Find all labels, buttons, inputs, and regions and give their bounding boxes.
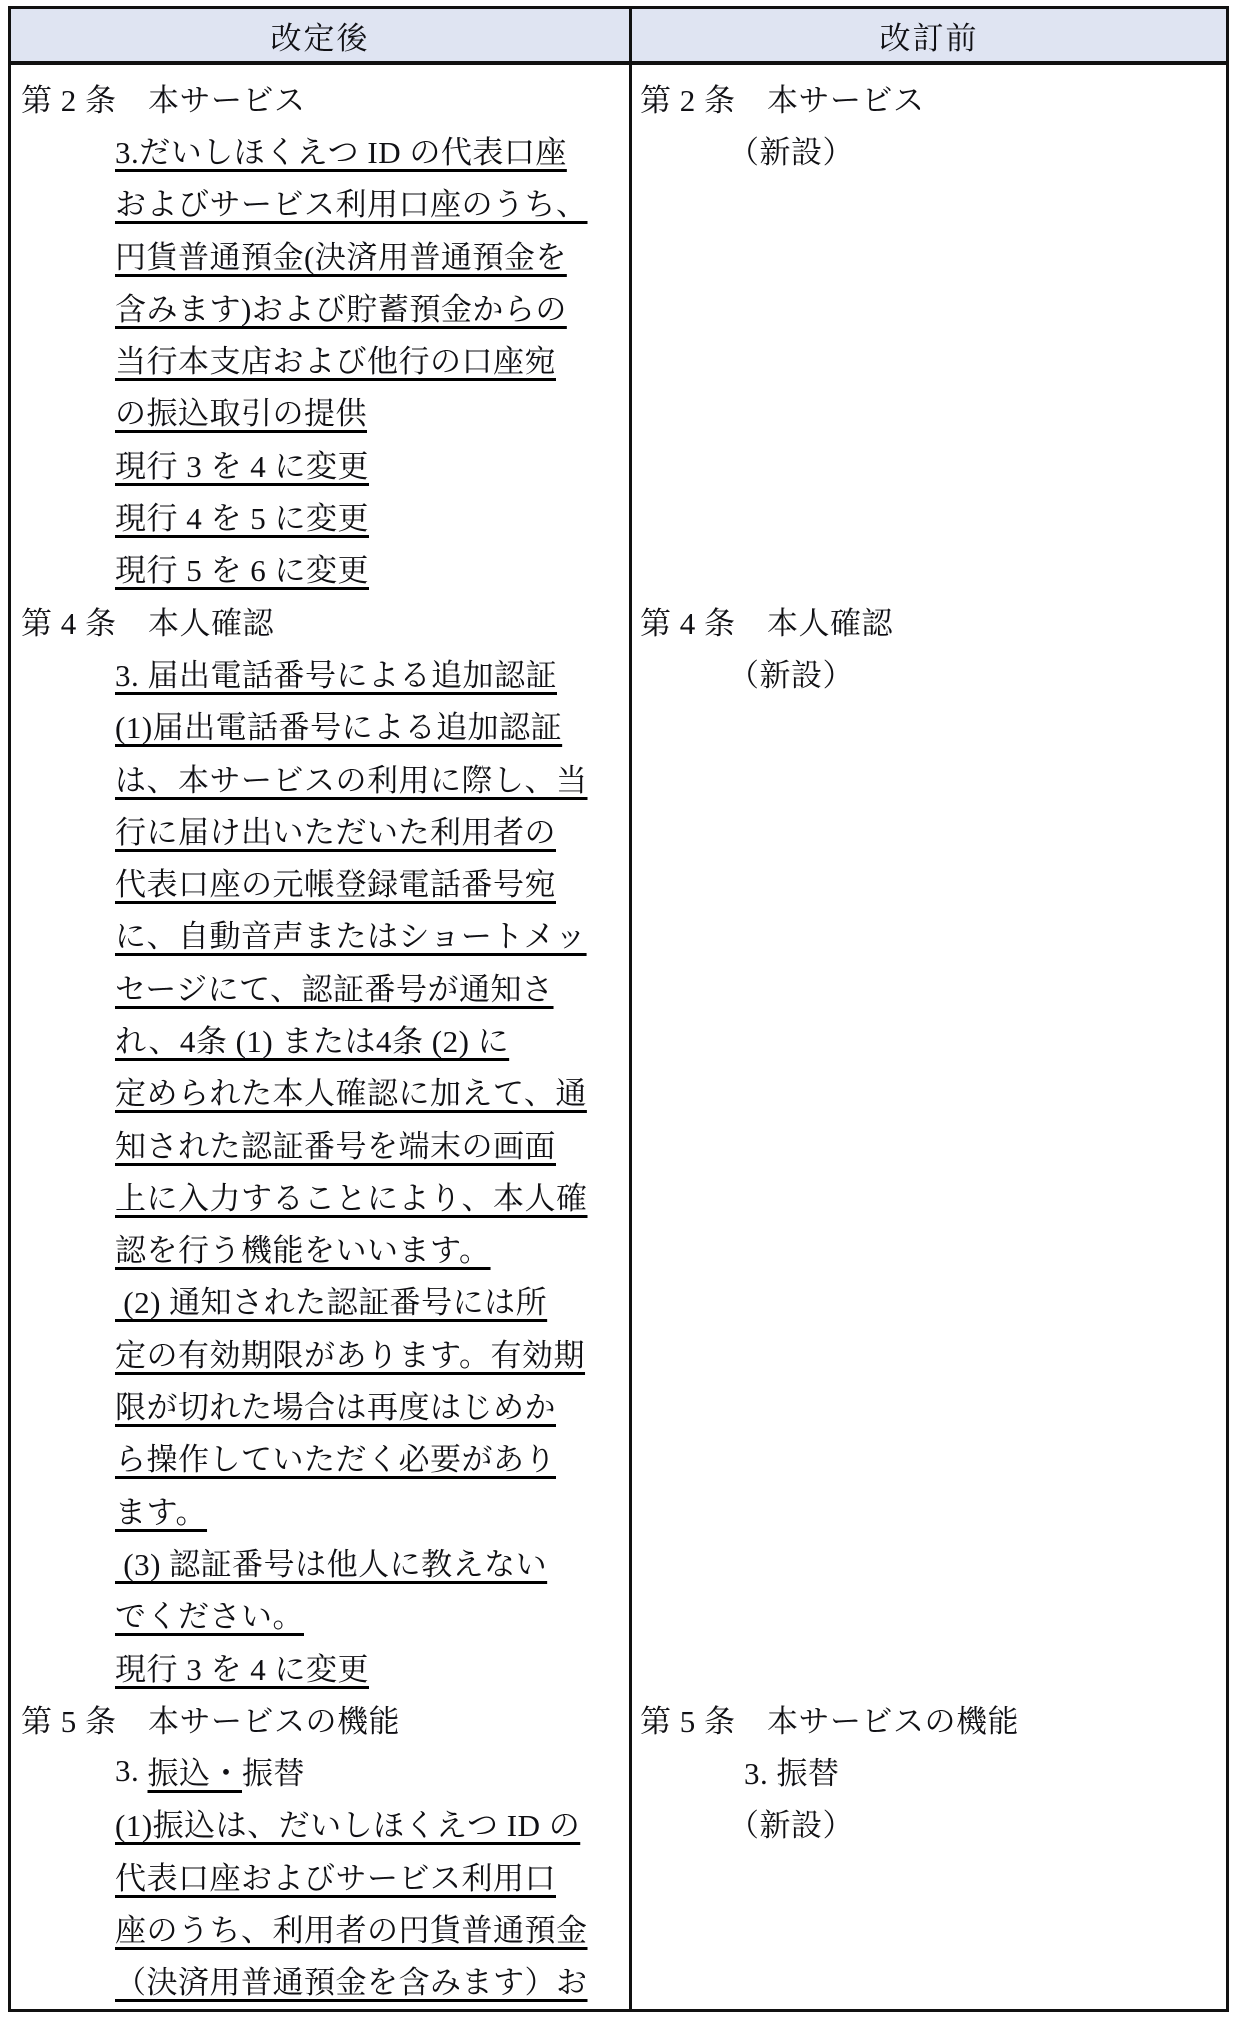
underlined-text-segment: 現行 3 を 4 に変更 bbox=[115, 441, 369, 486]
text-line: 行に届け出いただいた利用者の bbox=[11, 803, 629, 855]
underlined-text-segment: に、自動音声またはショートメッ bbox=[115, 911, 587, 956]
text-line: 上に入力することにより、本人確 bbox=[11, 1169, 629, 1221]
underlined-text-segment: 現行 5 を 6 に変更 bbox=[115, 545, 369, 590]
text-line bbox=[632, 1588, 1226, 1640]
table-body: 第 2 条 本サービス3.だいしほくえつ ID の代表口座およびサービス利用口座… bbox=[11, 65, 1226, 2009]
text-line bbox=[632, 280, 1226, 332]
text-line: 定の有効期限があります。有効期 bbox=[11, 1326, 629, 1378]
text-line: 現行 5 を 6 に変更 bbox=[11, 542, 629, 594]
text-line bbox=[632, 1849, 1226, 1901]
text-line: 第 5 条 本サービスの機能 bbox=[11, 1692, 629, 1744]
text-segment: 第 4 条 本人確認 bbox=[21, 598, 274, 643]
underlined-text-segment: でください。 bbox=[115, 1591, 304, 1636]
text-line bbox=[632, 1169, 1226, 1221]
text-line bbox=[632, 332, 1226, 384]
text-line: 現行 3 を 4 に変更 bbox=[11, 1640, 629, 1692]
text-line: 代表口座の元帳登録電話番号宛 bbox=[11, 855, 629, 907]
text-line bbox=[632, 1222, 1226, 1274]
text-line: 3.だいしほくえつ ID の代表口座 bbox=[11, 123, 629, 175]
underlined-text-segment: 上に入力することにより、本人確 bbox=[115, 1173, 588, 1218]
underlined-text-segment: (1)振込は、だいしほくえつ ID の bbox=[115, 1800, 580, 1845]
text-line: （新設） bbox=[632, 646, 1226, 698]
text-line bbox=[632, 803, 1226, 855]
text-line: (1)振込は、だいしほくえつ ID の bbox=[11, 1797, 629, 1849]
document-page: 改定後 改訂前 第 2 条 本サービス3.だいしほくえつ ID の代表口座および… bbox=[0, 0, 1237, 2020]
text-line bbox=[632, 908, 1226, 960]
underlined-text-segment: 現行 4 を 5 に変更 bbox=[115, 493, 369, 538]
underlined-text-segment: (1)届出電話番号による追加認証 bbox=[115, 702, 562, 747]
text-line: 3. 届出電話番号による追加認証 bbox=[11, 646, 629, 698]
text-line: 現行 4 を 5 に変更 bbox=[11, 489, 629, 541]
text-line: 第 2 条 本サービス bbox=[632, 71, 1226, 123]
text-line: でください。 bbox=[11, 1588, 629, 1640]
text-line bbox=[632, 699, 1226, 751]
underlined-text-segment: 行に届け出いただいた利用者の bbox=[115, 807, 556, 852]
text-line: に、自動音声またはショートメッ bbox=[11, 908, 629, 960]
text-segment: （新設） bbox=[728, 127, 854, 172]
text-line: ら操作していただく必要があり bbox=[11, 1431, 629, 1483]
underlined-text-segment: 認を行う機能をいいます。 bbox=[115, 1225, 491, 1270]
underlined-text-segment: 代表口座の元帳登録電話番号宛 bbox=[115, 859, 556, 904]
text-segment: 3. 振替 bbox=[744, 1748, 840, 1793]
underlined-text-segment: 現行 3 を 4 に変更 bbox=[115, 1644, 369, 1689]
text-segment: 第 4 条 本人確認 bbox=[640, 598, 893, 643]
underlined-text-segment: ら操作していただく必要があり bbox=[115, 1434, 556, 1479]
text-line: 認を行う機能をいいます。 bbox=[11, 1222, 629, 1274]
underlined-text-segment: 3.だいしほくえつ ID の代表口座 bbox=[115, 127, 567, 172]
column-header-after-revision: 改定後 bbox=[11, 9, 632, 61]
underlined-text-segment: は、本サービスの利用に際し、当 bbox=[115, 755, 588, 800]
text-line: 座のうち、利用者の円貨普通預金 bbox=[11, 1901, 629, 1953]
underlined-text-segment: 定の有効期限があります。有効期 bbox=[115, 1330, 585, 1375]
text-segment: 第 5 条 本サービスの機能 bbox=[21, 1696, 400, 1741]
text-line: (3) 認証番号は他人に教えない bbox=[11, 1535, 629, 1587]
text-line bbox=[632, 385, 1226, 437]
text-segment: 振替 bbox=[242, 1748, 305, 1793]
text-segment: 3. bbox=[115, 1753, 148, 1789]
text-line bbox=[632, 1274, 1226, 1326]
text-line bbox=[632, 855, 1226, 907]
text-line: 第 4 条 本人確認 bbox=[11, 594, 629, 646]
text-line: 現行 3 を 4 に変更 bbox=[11, 437, 629, 489]
underlined-text-segment: 3. 届出電話番号による追加認証 bbox=[115, 650, 557, 695]
text-line bbox=[632, 489, 1226, 541]
text-line: 含みます)および貯蓄預金からの bbox=[11, 280, 629, 332]
text-line bbox=[632, 176, 1226, 228]
underlined-text-segment: の振込取引の提供 bbox=[115, 388, 367, 433]
text-line: 第 4 条 本人確認 bbox=[632, 594, 1226, 646]
revision-comparison-table: 改定後 改訂前 第 2 条 本サービス3.だいしほくえつ ID の代表口座および… bbox=[8, 6, 1229, 2012]
underlined-text-segment: 代表口座およびサービス利用口 bbox=[115, 1853, 556, 1898]
text-line bbox=[632, 1483, 1226, 1535]
text-line: 第 2 条 本サービス bbox=[11, 71, 629, 123]
text-line bbox=[632, 1431, 1226, 1483]
text-line bbox=[632, 1117, 1226, 1169]
underlined-text-segment: (2) 通知された認証番号には所 bbox=[115, 1277, 547, 1322]
text-line: (2) 通知された認証番号には所 bbox=[11, 1274, 629, 1326]
text-line: (1)届出電話番号による追加認証 bbox=[11, 699, 629, 751]
text-segment: （新設） bbox=[728, 650, 854, 695]
underlined-text-segment: 含みます)および貯蓄預金からの bbox=[115, 284, 567, 329]
text-line: ます。 bbox=[11, 1483, 629, 1535]
text-line bbox=[632, 437, 1226, 489]
underlined-text-segment: (3) 認証番号は他人に教えない bbox=[115, 1539, 547, 1584]
after-revision-column: 第 2 条 本サービス3.だいしほくえつ ID の代表口座およびサービス利用口座… bbox=[11, 65, 632, 2009]
text-line: 円貨普通預金(決済用普通預金を bbox=[11, 228, 629, 280]
text-line: およびサービス利用口座のうち、 bbox=[11, 176, 629, 228]
text-line bbox=[632, 542, 1226, 594]
before-revision-column: 第 2 条 本サービス（新設）第 4 条 本人確認（新設）第 5 条 本サービス… bbox=[632, 65, 1226, 2009]
underlined-text-segment: 円貨普通預金(決済用普通預金を bbox=[115, 232, 567, 277]
underlined-text-segment: 定められた本人確認に加えて、通 bbox=[115, 1068, 587, 1113]
text-line: の振込取引の提供 bbox=[11, 385, 629, 437]
text-line: 3. 振替 bbox=[632, 1745, 1226, 1797]
underlined-text-segment: 振込・ bbox=[148, 1748, 243, 1793]
text-line: 第 5 条 本サービスの機能 bbox=[632, 1692, 1226, 1744]
underlined-text-segment: （決済用普通預金を含みます）お bbox=[115, 1957, 588, 2002]
text-line bbox=[632, 1065, 1226, 1117]
text-line: 知された認証番号を端末の画面 bbox=[11, 1117, 629, 1169]
text-segment: 第 2 条 本サービス bbox=[640, 75, 925, 120]
text-line bbox=[632, 1326, 1226, 1378]
underlined-text-segment: 限が切れた場合は再度はじめか bbox=[115, 1382, 556, 1427]
text-line: れ、4条 (1) または4条 (2) に bbox=[11, 1012, 629, 1064]
text-line: 当行本支店および他行の口座宛 bbox=[11, 332, 629, 384]
text-line: （決済用普通預金を含みます）お bbox=[11, 1954, 629, 2006]
text-segment: （新設） bbox=[728, 1800, 854, 1845]
text-line bbox=[632, 751, 1226, 803]
underlined-text-segment: ます。 bbox=[115, 1487, 207, 1532]
text-line bbox=[632, 1901, 1226, 1953]
text-segment: 第 2 条 本サービス bbox=[21, 75, 306, 120]
text-line bbox=[632, 1535, 1226, 1587]
table-header-row: 改定後 改訂前 bbox=[11, 9, 1226, 65]
text-line: 代表口座およびサービス利用口 bbox=[11, 1849, 629, 1901]
text-line: 定められた本人確認に加えて、通 bbox=[11, 1065, 629, 1117]
text-line bbox=[632, 1378, 1226, 1430]
text-line: （新設） bbox=[632, 1797, 1226, 1849]
text-line bbox=[632, 1640, 1226, 1692]
text-line bbox=[632, 960, 1226, 1012]
underlined-text-segment: れ、4条 (1) または4条 (2) に bbox=[115, 1016, 509, 1061]
underlined-text-segment: 当行本支店および他行の口座宛 bbox=[115, 336, 556, 381]
underlined-text-segment: 座のうち、利用者の円貨普通預金 bbox=[115, 1905, 588, 1950]
underlined-text-segment: およびサービス利用口座のうち、 bbox=[115, 179, 588, 224]
text-segment: 第 5 条 本サービスの機能 bbox=[640, 1696, 1019, 1741]
text-line: セージにて、認証番号が通知さ bbox=[11, 960, 629, 1012]
underlined-text-segment: セージにて、認証番号が通知さ bbox=[115, 964, 554, 1009]
text-line bbox=[632, 1012, 1226, 1064]
text-line: は、本サービスの利用に際し、当 bbox=[11, 751, 629, 803]
text-line bbox=[632, 1954, 1226, 2006]
text-line: （新設） bbox=[632, 123, 1226, 175]
underlined-text-segment: 知された認証番号を端末の画面 bbox=[115, 1121, 556, 1166]
text-line bbox=[632, 228, 1226, 280]
column-header-before-revision: 改訂前 bbox=[632, 9, 1226, 61]
text-line: 限が切れた場合は再度はじめか bbox=[11, 1378, 629, 1430]
text-line: 3. 振込・振替 bbox=[11, 1745, 629, 1797]
